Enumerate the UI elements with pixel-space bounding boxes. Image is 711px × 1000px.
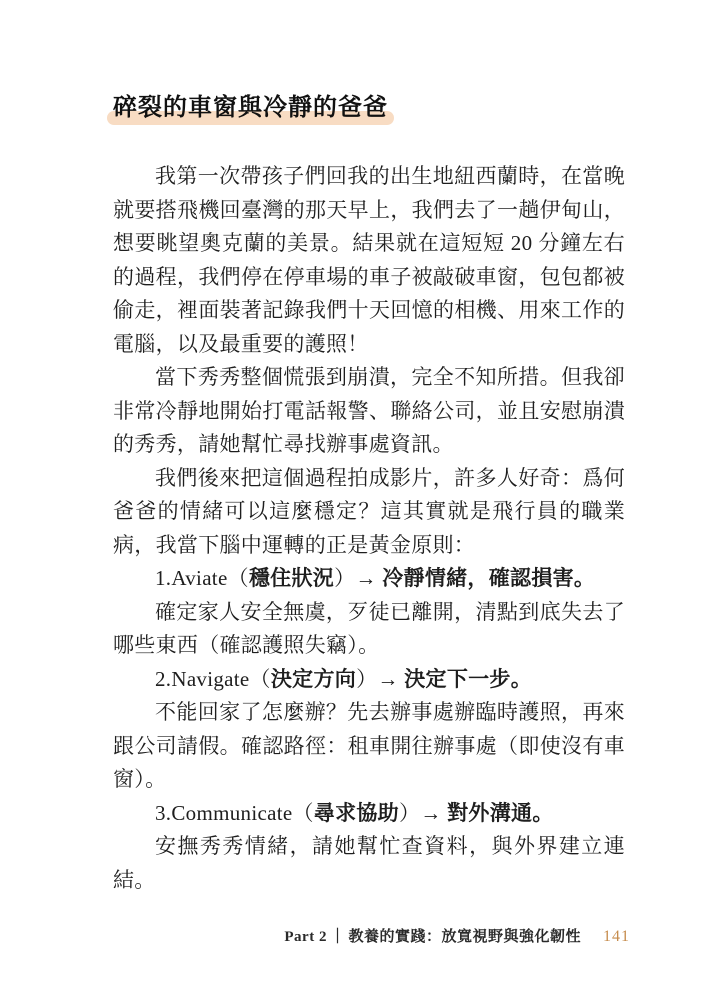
- principle-line-navigate: 2.Navigate（決定方向）→ 決定下一步。: [113, 663, 625, 697]
- principle-line-communicate: 3.Communicate（尋求協助）→ 對外溝通。: [113, 797, 625, 831]
- paragraph-aviate-detail: 確定家人安全無虞，歹徒已離開，清點到底失去了哪些東西（確認護照失竊）。: [113, 596, 625, 663]
- principle-navigate-prefix: 2.Navigate（: [155, 667, 271, 691]
- section-title-wrap: 碎裂的車窗與冷靜的爸爸: [113, 92, 388, 122]
- principle-communicate-prefix: 3.Communicate（: [155, 801, 314, 825]
- paragraph-golden-rule-intro: 我們後來把這個過程拍成影片，許多人好奇：爲何爸爸的情緒可以這麼穩定？這其實就是飛…: [113, 462, 625, 563]
- paragraph-navigate-detail: 不能回家了怎麼辦？先去辦事處辦臨時護照，再來跟公司請假。確認路徑：租車開往辦事處…: [113, 696, 625, 797]
- paragraph-communicate-detail: 安撫秀秀情緒，請她幫忙查資料，與外界建立連結。: [113, 830, 625, 897]
- running-head: Part 2 ｜ 教養的實踐：放寬視野與強化韌性: [284, 925, 581, 946]
- part-label: Part 2: [284, 929, 327, 946]
- principle-navigate-result: 決定下一步。: [404, 667, 532, 691]
- paragraph-reaction: 當下秀秀整個慌張到崩潰，完全不知所措。但我卻非常冷靜地開始打電話報警、聯絡公司，…: [113, 361, 625, 462]
- principle-line-aviate: 1.Aviate（穩住狀況）→ 冷靜情緒，確認損害。: [113, 562, 625, 596]
- page-footer: Part 2 ｜ 教養的實踐：放寬視野與強化韌性 141: [113, 925, 630, 946]
- principle-communicate-arrow: ）→: [399, 801, 447, 825]
- body-text-column: 我第一次帶孩子們回我的出生地紐西蘭時，在當晚就要搭飛機回臺灣的那天早上，我們去了…: [113, 160, 625, 897]
- section-name: 教養的實踐：放寬視野與強化韌性: [348, 925, 581, 946]
- paragraph-intro: 我第一次帶孩子們回我的出生地紐西蘭時，在當晚就要搭飛機回臺灣的那天早上，我們去了…: [113, 160, 625, 361]
- principle-communicate-term: 尋求協助: [314, 801, 399, 825]
- section-title: 碎裂的車窗與冷靜的爸爸: [113, 92, 388, 122]
- principle-aviate-result: 冷靜情緒，確認損害。: [382, 566, 595, 590]
- part-separator: ｜: [330, 925, 346, 946]
- book-page: 碎裂的車窗與冷靜的爸爸 我第一次帶孩子們回我的出生地紐西蘭時，在當晚就要搭飛機回…: [0, 0, 711, 1000]
- principle-navigate-arrow: ）→: [356, 667, 404, 691]
- principle-communicate-result: 對外溝通。: [447, 801, 554, 825]
- principle-aviate-prefix: 1.Aviate（: [155, 566, 249, 590]
- page-number: 141: [603, 928, 630, 946]
- principle-aviate-arrow: ）→: [334, 566, 382, 590]
- principle-navigate-term: 決定方向: [271, 667, 356, 691]
- principle-aviate-term: 穩住狀況: [249, 566, 334, 590]
